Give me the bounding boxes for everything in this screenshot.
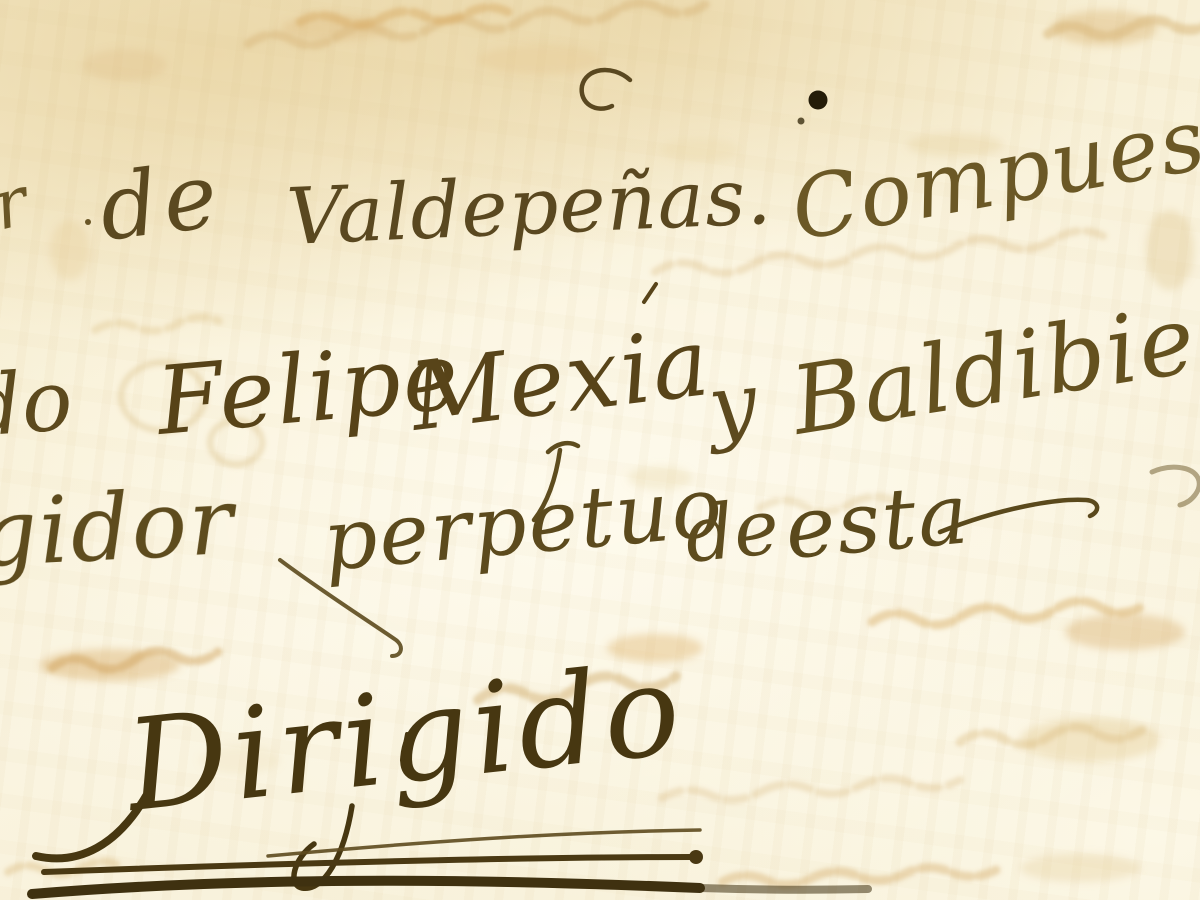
word-y: y [700,353,763,456]
tilde-flourish [582,70,630,109]
word-compuesta: Compuesta [784,74,1200,261]
word-baldibies: Baldibies [783,277,1200,457]
underline-end-blob [689,850,703,864]
underline-heavy [32,881,700,894]
manuscript-art: r de Valdepeñas. Compuesta do Felipe Mex… [0,0,1200,900]
bleed-row-bottom-right-2 [722,867,996,884]
underline-heavy-fade [700,888,868,890]
dirigido-lead-swash [36,796,146,858]
word-de-line1: de [94,143,229,262]
ink-layer: r de Valdepeñas. Compuesta do Felipe Mex… [0,70,1200,894]
ink-blot [809,91,828,110]
word-valdepenas: Valdepeñas. [285,152,774,263]
underline-middle [44,857,692,872]
word-de-line3: de [681,482,783,580]
ink-blot-small [798,118,805,125]
bleed-row-bottom-right-1 [662,778,960,800]
mexia-accent-tick [644,284,656,302]
word-fragment-left-line2: do [0,351,75,456]
faint-letter-right-edge [1152,467,1199,505]
word-fragment-left-line3: gidor [0,468,240,588]
stray-ink-dot [85,219,91,225]
word-esta: esta [781,464,973,578]
word-perpetuo: perpetuo [319,457,728,590]
word-fragment-left-line1: r [0,161,39,246]
bleed-row-left-mid [95,317,219,331]
manuscript-photo: r de Valdepeñas. Compuesta do Felipe Mex… [0,0,1200,900]
underline-thin [268,830,700,856]
